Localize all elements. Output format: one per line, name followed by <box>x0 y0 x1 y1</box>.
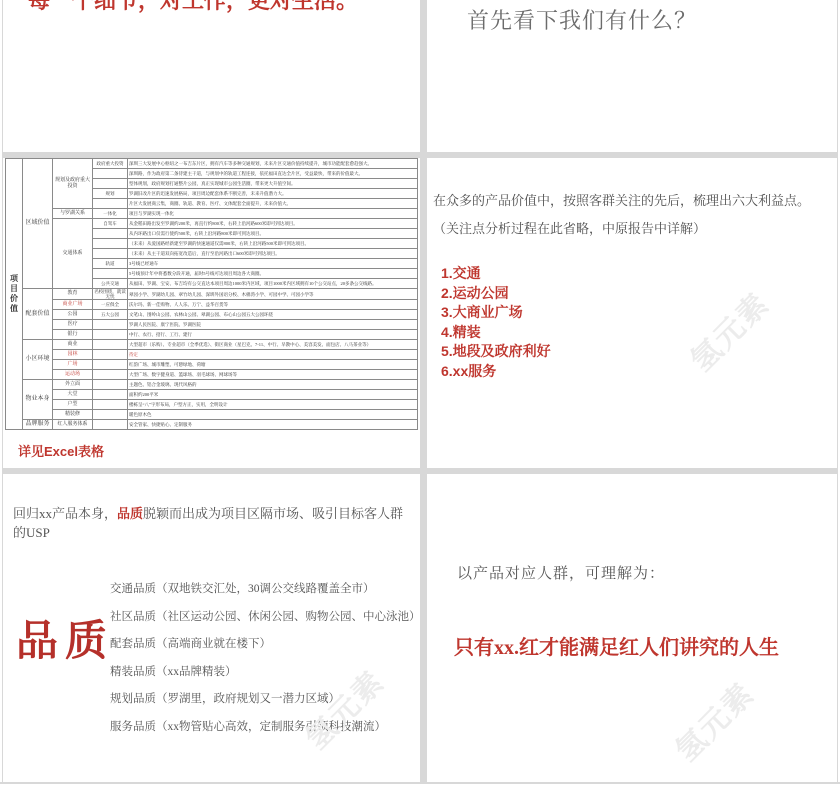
watermark: 氢元素 <box>679 281 778 380</box>
project-value-table: 项目价值区域价值规划及政府重大投资政府重大投资深圳三大发展中心枢纽之一布吉东片区… <box>5 158 418 430</box>
table-row: 交通体系自驾车从金稻田路出发至罗湖约200米，再直行约800米，右转上沿河路60… <box>6 219 418 229</box>
vertical-gutter <box>420 0 427 783</box>
table-cell: 物业本身 <box>23 380 53 420</box>
benefits-intro: 在众多的产品价值中，按照客群关注的先后，梳理出六大利益点。 <box>433 190 833 209</box>
table-cell: 暖色原木色 <box>128 410 418 420</box>
slide1-title: 每一个细节，对工作，更对生活。 <box>28 0 358 16</box>
benefits-list: 1.交通2.运动公园3.大商业广场4.精装5.地段及政府利好6.xx服务 <box>441 264 551 381</box>
table-cell: 楼栋呈“八”字形布局，户型方正，实用，全明设计 <box>128 400 418 410</box>
table-cell: 园林 <box>53 350 93 360</box>
benefit-item: 5.地段及政府利好 <box>441 342 551 362</box>
table-row: 配套价值教育名校围绕，就读无忧翠园小学、罗湖幼儿园、翠竹幼儿园、深圳外国语分校、… <box>6 289 418 300</box>
table-cell: （未来）从爱国路经新建至罗湖的快速通道仅需800米，右转上沿河路500米即可到达… <box>128 239 418 249</box>
table-cell: 中行、农行、招行、工行、建行 <box>128 330 418 340</box>
slide-thumbnail-6[interactable]: 以产品对应人群，可理解为： 只有xx.红才能满足红人们讲究的人生 氢元素 <box>427 474 837 782</box>
benefit-item: 4.精装 <box>441 323 551 343</box>
table-cell: 规划 <box>93 189 128 199</box>
table-cell: 翠园小学、罗湖幼儿园、翠竹幼儿园、深圳外国语分校、木棉湾小学、可园中学、可园小学… <box>128 289 418 300</box>
table-cell <box>93 400 128 410</box>
table-cell: 安全管家、快捷贴心、定制服务 <box>128 420 418 430</box>
table-row: 小区环境商业大型超市（乐购）、专业超市（全季优选）、街区商业（星巴克、7-11、… <box>6 340 418 350</box>
table-cell <box>93 320 128 330</box>
table-cell: 公园 <box>53 310 93 320</box>
table-cell: 3号线已经通车 <box>128 259 418 269</box>
table-cell: 项目与罗湖实现一体化 <box>128 209 418 219</box>
table-cell: 与罗湖关系 <box>53 209 93 219</box>
table-cell: 一应俱全 <box>93 300 128 310</box>
table-cell: 项目价值 <box>6 159 23 430</box>
table-cell: 外立面 <box>53 380 93 390</box>
table-cell: 一体化 <box>93 209 128 219</box>
table-cell: 品牌服务 <box>23 420 53 430</box>
table-cell: 银行 <box>53 330 93 340</box>
table-cell <box>93 350 128 360</box>
table-cell: 罗湖旧改片区的迅速发展格局，项目周边配套体系不断完善，未来升值潜力大。 <box>128 189 418 199</box>
table-cell: 待定 <box>128 350 418 360</box>
table-cell: 文笔山、围岭山公园、农林山公园、翠湖公园、布心山公园五大公园环绕 <box>128 310 418 320</box>
quality-intro-highlight: 品质 <box>117 506 143 521</box>
table-cell <box>93 340 128 350</box>
quality-item: 配套品质（高端商业就在楼下） <box>110 635 420 651</box>
quality-big-word: 品质 <box>16 608 114 668</box>
table-row: 项目价值区域价值规划及政府重大投资政府重大投资深圳三大发展中心枢纽之一布吉东片区… <box>6 159 418 169</box>
table-cell: 从内环路出口仅需行使约500米，右转上沿河路800米即可到达项目。 <box>128 229 418 239</box>
table-cell <box>93 420 128 430</box>
slides-preview-canvas: 每一个细节，对工作，更对生活。 首先看下我们有什么？ 项目价值区域价值规划及政府… <box>0 0 840 788</box>
table-cell: 名校围绕，就读无忧 <box>93 289 128 300</box>
table-row: 公园五大公园文笔山、围岭山公园、农林山公园、翠湖公园、布心山公园五大公园环绕 <box>6 310 418 320</box>
table-cell: 大堂 <box>53 390 93 400</box>
audience-lead: 以产品对应人群，可理解为： <box>457 562 665 583</box>
slide-thumbnail-3[interactable]: 项目价值区域价值规划及政府重大投资政府重大投资深圳三大发展中心枢纽之一布吉东片区… <box>3 158 420 468</box>
table-cell: 公共交通 <box>93 279 128 289</box>
slide-thumbnail-1[interactable]: 每一个细节，对工作，更对生活。 <box>3 0 420 152</box>
table-cell <box>93 390 128 400</box>
benefit-item: 3.大商业广场 <box>441 303 551 323</box>
table-cell <box>93 370 128 380</box>
table-row: 品牌服务红人服务体系安全管家、快捷贴心、定制服务 <box>6 420 418 430</box>
table-cell: 运动场 <box>53 370 93 380</box>
watermark: 氢元素 <box>664 671 763 770</box>
benefit-item: 6.xx服务 <box>441 362 551 382</box>
see-excel-note: 详见Excel表格 <box>18 441 104 460</box>
table-row: 商业广场一应俱全沃尔玛、新一佳购物、人人乐、万宁、益华百货等 <box>6 300 418 310</box>
table-cell: 从金稻田路出发至罗湖约200米，再直行约800米，右转上沿河路600米即可到达项… <box>128 219 418 229</box>
table-cell: 面积约200平米 <box>128 390 418 400</box>
table-cell: 区域价值 <box>23 159 53 289</box>
table-cell <box>93 169 128 179</box>
table-cell <box>93 229 128 239</box>
table-cell: 红韵广场、城市雕塑、可憩绿地、荷塘 <box>128 360 418 370</box>
table-cell: 型体规划，政府规划打通整片公园，真正实现城市公园生活圈，带来更大升值空间。 <box>128 179 418 189</box>
quality-item: 服务品质（xx物管贴心高效，定制服务引领科技潮流） <box>110 718 420 734</box>
table-cell <box>93 410 128 420</box>
table-cell: 主题色、铝合金玻璃、现代风格的 <box>128 380 418 390</box>
table-cell <box>93 360 128 370</box>
quality-items-list: 交通品质（双地铁交汇处，30调公交线路覆盖全市）社区品质（社区运动公园、休闲公园… <box>110 580 420 745</box>
table-cell: 罗湖人民医院、康宁医院、罗湖医院 <box>128 320 418 330</box>
left-edge-line <box>2 0 3 783</box>
table-cell: 沃尔玛、新一佳购物、人人乐、万宁、益华百货等 <box>128 300 418 310</box>
table-row: 户型楼栋呈“八”字形布局，户型方正，实用，全明设计 <box>6 400 418 410</box>
table-cell: 红人服务体系 <box>53 420 93 430</box>
horizontal-gutter-2 <box>2 468 838 474</box>
slide-thumbnail-4[interactable]: 在众多的产品价值中，按照客群关注的先后，梳理出六大利益点。 （关注点分析过程在此… <box>427 158 837 468</box>
benefit-item: 2.运动公园 <box>441 284 551 304</box>
slide-thumbnail-5[interactable]: 回归xx产品本身，品质脱颖而出成为项目区隔市场、吸引目标客人群的USP 品质 交… <box>3 474 420 782</box>
table-cell <box>93 269 128 279</box>
table-cell: 深圳路，作为政府第二条待建主干道，与规划中的轨道工程连接，依托福田直达全片区，受… <box>128 169 418 179</box>
slide-thumbnail-2[interactable]: 首先看下我们有什么？ <box>427 0 837 152</box>
table-cell <box>93 179 128 189</box>
table-cell: 片区大发展商云集，商圈、轨道、教育、医疗、文体配套全面提升，未来价值大。 <box>128 199 418 209</box>
table-cell: 政府重大投资 <box>93 159 128 169</box>
table-cell <box>93 380 128 390</box>
table-cell: 医疗 <box>53 320 93 330</box>
value-table-body: 项目价值区域价值规划及政府重大投资政府重大投资深圳三大发展中心枢纽之一布吉东片区… <box>6 159 418 430</box>
table-cell <box>93 249 128 259</box>
table-row: 精装修暖色原木色 <box>6 410 418 420</box>
quality-item: 交通品质（双地铁交汇处，30调公交线路覆盖全市） <box>110 580 420 596</box>
audience-statement: 只有xx.红才能满足红人们讲究的人生 <box>454 631 779 660</box>
table-row: 大堂面积约200平米 <box>6 390 418 400</box>
table-row: 与罗湖关系一体化项目与罗湖实现一体化 <box>6 209 418 219</box>
table-cell: 小区环境 <box>23 340 53 380</box>
table-row: 广场红韵广场、城市雕塑、可憩绿地、荷塘 <box>6 360 418 370</box>
table-cell: 从福田、罗湖、宝安、布吉均有公交直达本项目周边1000米内区域，项目1000米内… <box>128 279 418 289</box>
table-cell: 户型 <box>53 400 93 410</box>
benefit-item: 1.交通 <box>441 264 551 284</box>
table-cell: 规划及政府重大投资 <box>53 159 93 209</box>
table-row: 银行中行、农行、招行、工行、建行 <box>6 330 418 340</box>
table-cell: 5号线预计年中将悉数分段开通，届时5号线可达项目周边各大商圈。 <box>128 269 418 279</box>
table-cell: 教育 <box>53 289 93 300</box>
quality-item: 社区品质（社区运动公园、休闲公园、购物公园、中心泳池） <box>110 608 420 624</box>
table-cell <box>93 239 128 249</box>
table-cell <box>93 199 128 209</box>
table-cell: （未来）从主干道双向拓宽改造后，直行至沿河路出口600米即可到达项目。 <box>128 249 418 259</box>
quality-intro-prefix: 回归xx产品本身， <box>13 506 117 521</box>
horizontal-gutter-1 <box>2 152 838 158</box>
benefits-note: （关注点分析过程在此省略，中原报告中详解） <box>433 218 833 237</box>
table-row: 园林待定 <box>6 350 418 360</box>
table-row: 物业本身外立面主题色、铝合金玻璃、现代风格的 <box>6 380 418 390</box>
table-cell: 广场 <box>53 360 93 370</box>
right-edge-line <box>837 0 838 783</box>
table-cell: 精装修 <box>53 410 93 420</box>
table-cell <box>93 330 128 340</box>
table-row: 医疗罗湖人民医院、康宁医院、罗湖医院 <box>6 320 418 330</box>
table-cell: 配套价值 <box>23 289 53 340</box>
table-cell: 交通体系 <box>53 219 93 289</box>
table-cell: 五大公园 <box>93 310 128 320</box>
table-cell: 大型广场、数字健身道、篮球场、羽毛球场、网球场等 <box>128 370 418 380</box>
table-cell: 商业广场 <box>53 300 93 310</box>
quality-intro: 回归xx产品本身，品质脱颖而出成为项目区隔市场、吸引目标客人群的USP <box>13 503 413 541</box>
table-row: 运动场大型广场、数字健身道、篮球场、羽毛球场、网球场等 <box>6 370 418 380</box>
bottom-edge-line <box>0 782 840 784</box>
table-cell: 轨道 <box>93 259 128 269</box>
table-cell: 商业 <box>53 340 93 350</box>
table-cell: 大型超市（乐购）、专业超市（全季优选）、街区商业（星巴克、7-11、中行、早教中… <box>128 340 418 350</box>
table-cell: 自驾车 <box>93 219 128 229</box>
slide2-title: 首先看下我们有什么？ <box>467 4 697 35</box>
table-cell: 深圳三大发展中心枢纽之一布吉东片区，拥有汽车等多种交通规划，未来片区交通价值持续… <box>128 159 418 169</box>
